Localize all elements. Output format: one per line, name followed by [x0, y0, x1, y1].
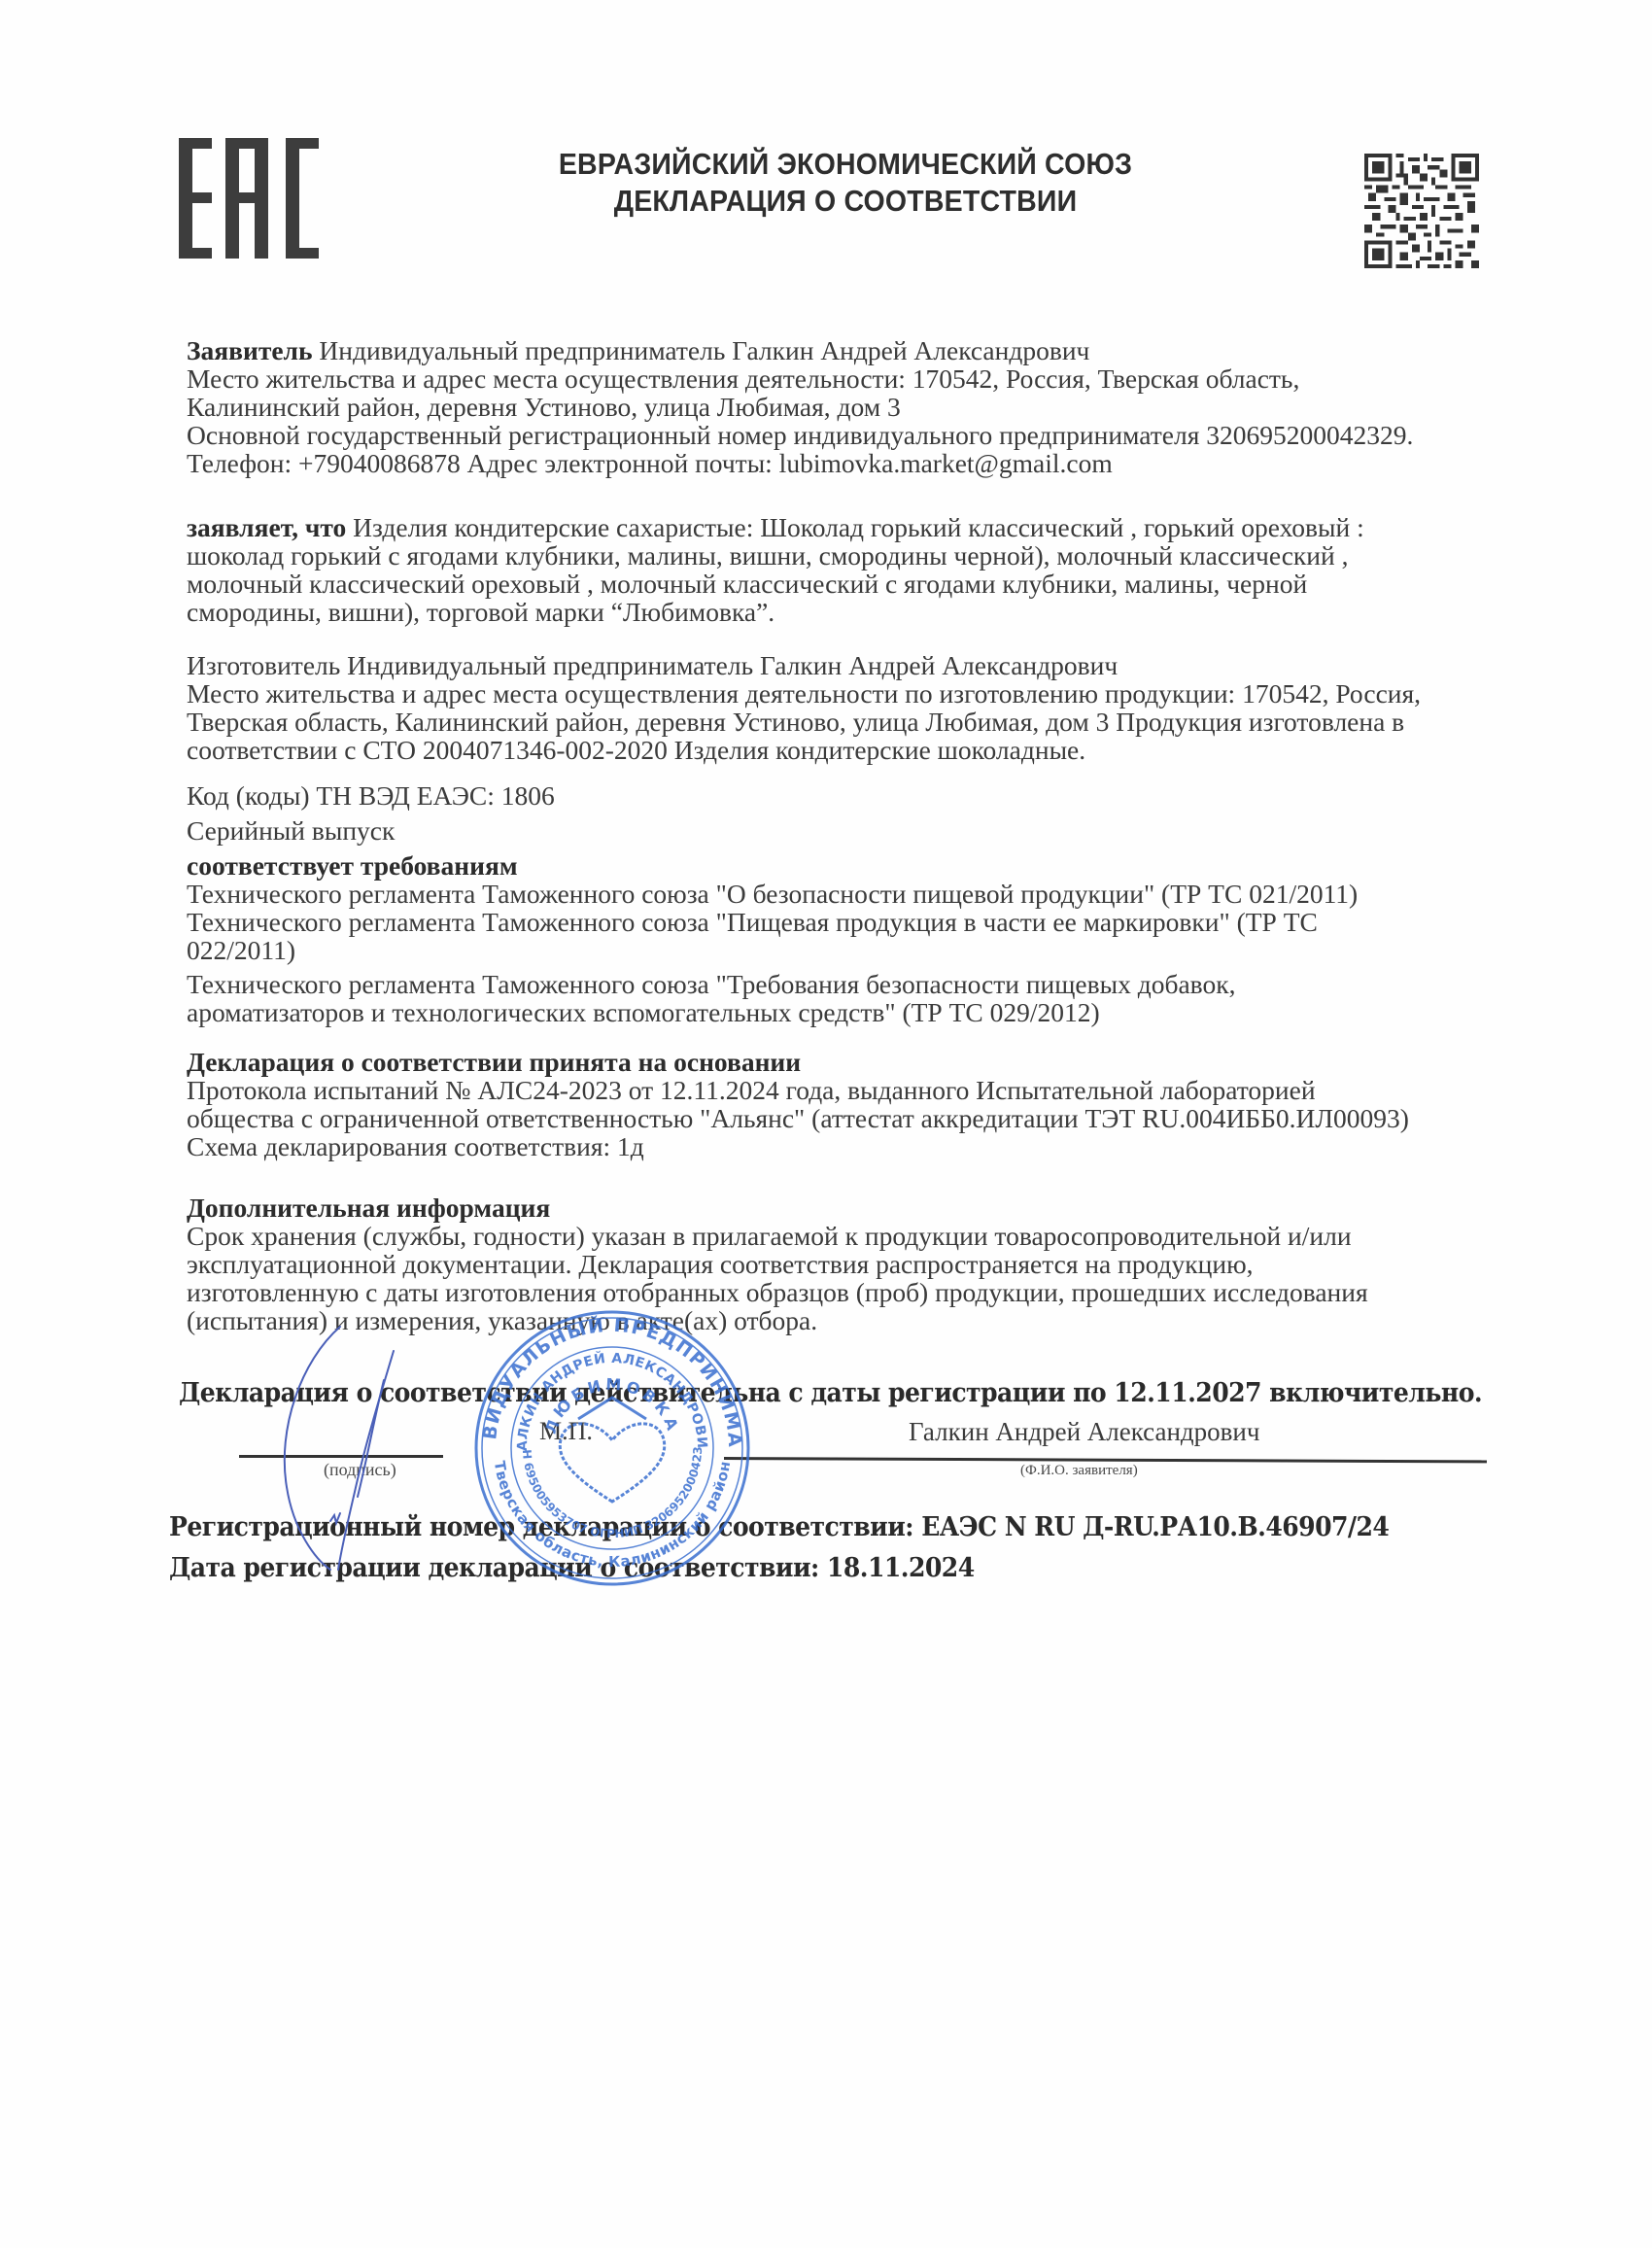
declares-label: заявляет, что: [187, 512, 346, 542]
signature-caption: (подпись): [324, 1460, 396, 1480]
additional-info-line1: Срок хранения (службы, годности) указан …: [187, 1222, 1368, 1250]
requirement-tr-ts-029-line1: Технического регламента Таможенного союз…: [187, 970, 1358, 998]
declaration-scheme: Схема декларирования соответствия: 1д: [187, 1132, 1409, 1160]
release-type: Серийный выпуск: [187, 816, 395, 845]
applicant-ogrnip: Основной государственный регистрационный…: [187, 421, 1413, 449]
qr-code-icon[interactable]: [1364, 154, 1479, 268]
manufacturer-address-line1: Место жительства и адрес места осуществл…: [187, 679, 1421, 708]
requirement-tr-ts-029-line2: ароматизаторов и технологических вспомог…: [187, 998, 1358, 1026]
requirement-tr-ts-022-line2: 022/2011): [187, 936, 1358, 964]
additional-info-heading: Дополнительная информация: [187, 1193, 1368, 1222]
tn-ved-code: Код (коды) ТН ВЭД ЕАЭС: 1806: [187, 781, 555, 810]
applicant-label: Заявитель: [187, 335, 313, 365]
basis-heading: Декларация о соответствии принята на осн…: [187, 1048, 1409, 1076]
requirements-heading: соответствует требованиям: [187, 851, 1358, 880]
manufacturer-name: Изготовитель Индивидуальный предпринимат…: [187, 651, 1421, 679]
declares-section: заявляет, что Изделия кондитерские сахар…: [187, 513, 1364, 626]
applicant-name: Индивидуальный предприниматель Галкин Ан…: [313, 335, 1090, 365]
registration-number: Регистрационный номер декларации о соотв…: [169, 1512, 1389, 1542]
product-description-line2: шоколад горький с ягодами клубники, мали…: [187, 541, 1364, 570]
manufacturer-section: Изготовитель Индивидуальный предпринимат…: [187, 651, 1421, 764]
signature-line: [239, 1455, 443, 1458]
signer-name: Галкин Андрей Александрович: [909, 1417, 1259, 1447]
official-stamp-icon: ИНДИВИДУАЛЬНЫЙ ПРЕДПРИНИМАТЕЛЬ ГАЛКИН АН…: [457, 1302, 768, 1594]
requirements-section: соответствует требованиям Технического р…: [187, 851, 1358, 1026]
manufacturer-standard: соответствии с СТО 2004071346-002-2020 И…: [187, 736, 1421, 764]
validity-statement: Декларация о соответствии действительна …: [179, 1378, 1482, 1408]
applicant-line: Заявитель Индивидуальный предприниматель…: [187, 336, 1413, 364]
basis-section: Декларация о соответствии принята на осн…: [187, 1048, 1409, 1160]
additional-info-line2: эксплуатационной документации. Деклараци…: [187, 1250, 1368, 1278]
applicant-address-line2: Калининский район, деревня Устиново, ули…: [187, 393, 1413, 421]
test-protocol-line1: Протокола испытаний № АЛС24-2023 от 12.1…: [187, 1076, 1409, 1104]
document-header: ЕВРАЗИЙСКИЙ ЭКОНОМИЧЕСКИЙ СОЮЗ ДЕКЛАРАЦИ…: [443, 146, 1248, 220]
eac-logo-icon: [179, 138, 320, 259]
declares-line: заявляет, что Изделия кондитерские сахар…: [187, 513, 1364, 541]
applicant-contacts: Телефон: +79040086878 Адрес электронной …: [187, 449, 1413, 477]
requirement-tr-ts-022-line1: Технического регламента Таможенного союз…: [187, 908, 1358, 936]
union-title: ЕВРАЗИЙСКИЙ ЭКОНОМИЧЕСКИЙ СОЮЗ: [443, 146, 1248, 183]
fio-caption: (Ф.И.О. заявителя): [1020, 1463, 1138, 1479]
applicant-address-line1: Место жительства и адрес места осуществл…: [187, 364, 1413, 393]
seal-place-label: М.П.: [539, 1417, 593, 1446]
applicant-section: Заявитель Индивидуальный предприниматель…: [187, 336, 1413, 477]
product-description-line3: молочный классический ореховый , молочны…: [187, 570, 1364, 598]
registration-date: Дата регистрации декларации о соответств…: [169, 1553, 975, 1583]
additional-info-line3: изготовленную с даты изготовления отобра…: [187, 1278, 1368, 1306]
product-description-line1: Изделия кондитерские сахаристые: Шоколад…: [346, 512, 1363, 542]
manufacturer-address-line2: Тверская область, Калининский район, дер…: [187, 708, 1421, 736]
document-title: ДЕКЛАРАЦИЯ О СООТВЕТСТВИИ: [443, 183, 1248, 220]
test-protocol-line2: общества с ограниченной ответственностью…: [187, 1104, 1409, 1132]
declaration-page: ЕВРАЗИЙСКИЙ ЭКОНОМИЧЕСКИЙ СОЮЗ ДЕКЛАРАЦИ…: [0, 0, 1652, 2248]
additional-info-section: Дополнительная информация Срок хранения …: [187, 1193, 1368, 1334]
additional-info-line4: (испытания) и измерения, указанную в акт…: [187, 1306, 1368, 1334]
product-description-line4: смородины, вишни), торговой марки “Любим…: [187, 598, 1364, 626]
requirement-tr-ts-021: Технического регламента Таможенного союз…: [187, 880, 1358, 908]
